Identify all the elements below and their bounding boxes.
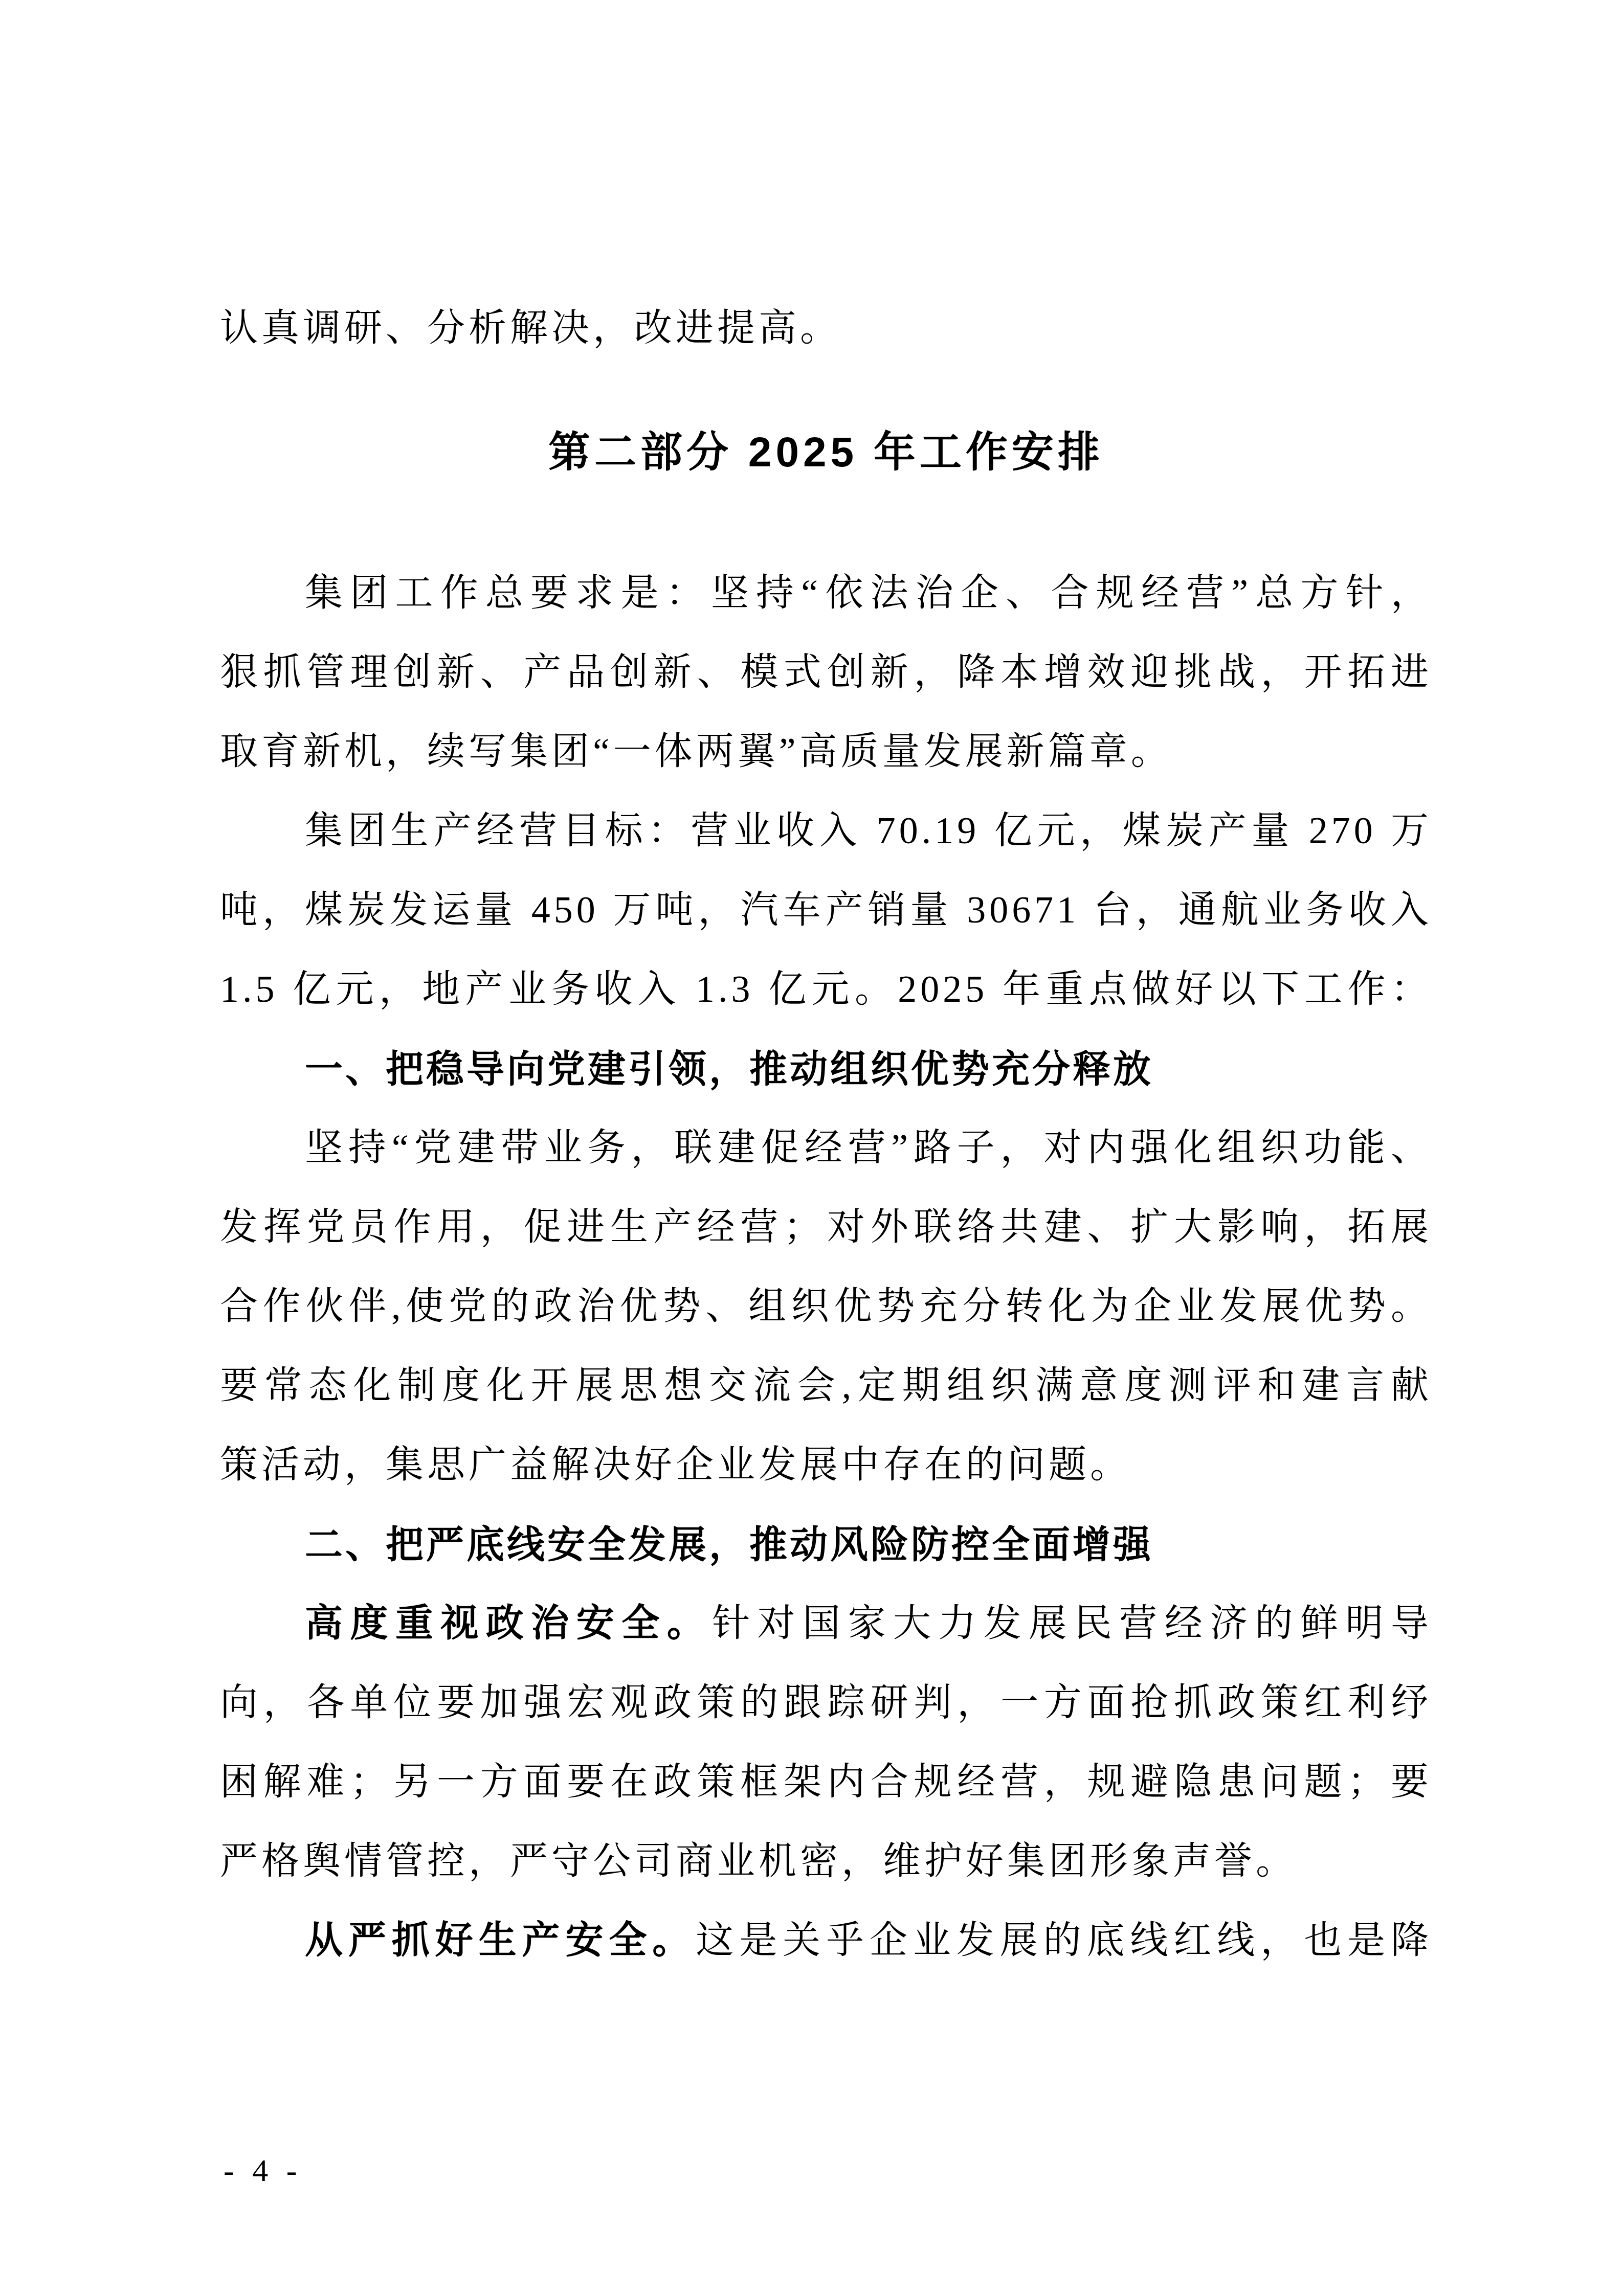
- text-line: 狠抓管理创新、产品创新、模式创新，降本增效迎挑战，开拓进: [220, 633, 1432, 712]
- text-run: 集团工作总要求是：坚持“依法治企、合规经营”总方针，: [305, 572, 1432, 614]
- text-run: 取育新机，续写集团“一体两翼”高质量发展新篇章。: [220, 731, 1172, 773]
- sub-heading-line: 二、把严底线安全发展，推动风险防控全面增强: [220, 1505, 1432, 1584]
- text-run: 狠抓管理创新、产品创新、模式创新，降本增效迎挑战，开拓进: [220, 651, 1432, 693]
- text-run: 认真调研、分析解决，改进提高。: [220, 307, 841, 349]
- sub-heading-line: 一、把稳导向党建引领，推动组织优势充分释放: [220, 1029, 1432, 1109]
- text-run: 集团生产经营目标：营业收入 70.19 亿元，煤炭产量 270 万: [305, 810, 1432, 852]
- bold-text-run: 第二部分 2025 年工作安排: [548, 429, 1104, 476]
- text-line: 合作伙伴,使党的政治优势、组织优势充分转化为企业发展优势。: [220, 1267, 1432, 1346]
- page-number: - 4 -: [224, 2145, 302, 2196]
- bold-text-run: 高度重视政治安全。: [305, 1603, 712, 1645]
- text-line: 困解难；另一方面要在政策框架内合规经营，规避隐患问题；要: [220, 1743, 1432, 1822]
- text-line: 严格舆情管控，严守公司商业机密，维护好集团形象声誉。: [220, 1822, 1432, 1901]
- text-run: 要常态化制度化开展思想交流会,定期组织满意度测评和建言献: [220, 1365, 1432, 1407]
- text-run: 1.5 亿元，地产业务收入 1.3 亿元。2025 年重点做好以下工作：: [220, 969, 1432, 1010]
- text-run: 困解难；另一方面要在政策框架内合规经营，规避隐患问题；要: [220, 1761, 1432, 1803]
- bold-text-run: 一、把稳导向党建引领，推动组织优势充分释放: [305, 1048, 1153, 1090]
- text-run: 这是关乎企业发展的底线红线，也是降: [696, 1920, 1432, 1962]
- text-line: 集团生产经营目标：营业收入 70.19 亿元，煤炭产量 270 万: [220, 792, 1432, 871]
- text-line: 1.5 亿元，地产业务收入 1.3 亿元。2025 年重点做好以下工作：: [220, 950, 1432, 1029]
- text-line: 集团工作总要求是：坚持“依法治企、合规经营”总方针，: [220, 554, 1432, 633]
- text-line: 要常态化制度化开展思想交流会,定期组织满意度测评和建言献: [220, 1346, 1432, 1426]
- text-run: 针对国家大力发展民营经济的鲜明导: [712, 1603, 1432, 1645]
- text-run: 发挥党员作用，促进生产经营；对外联络共建、扩大影响，拓展: [220, 1206, 1432, 1248]
- section-title: 第二部分 2025 年工作安排: [220, 413, 1432, 492]
- text-line: 吨，煤炭发运量 450 万吨，汽车产销量 30671 台，通航业务收入: [220, 871, 1432, 950]
- text-line: 坚持“党建带业务，联建促经营”路子，对内强化组织功能、: [220, 1109, 1432, 1188]
- text-line: 从严抓好生产安全。这是关乎企业发展的底线红线，也是降: [220, 1901, 1432, 1980]
- text-line: 高度重视政治安全。针对国家大力发展民营经济的鲜明导: [220, 1584, 1432, 1663]
- text-run: 严格舆情管控，严守公司商业机密，维护好集团形象声誉。: [220, 1840, 1297, 1882]
- text-run: 坚持“党建带业务，联建促经营”路子，对内强化组织功能、: [305, 1127, 1432, 1169]
- text-run: 策活动，集思广益解决好企业发展中存在的问题。: [220, 1444, 1131, 1486]
- document-body: 认真调研、分析解决，改进提高。第二部分 2025 年工作安排集团工作总要求是：坚…: [220, 289, 1432, 1980]
- text-line: 认真调研、分析解决，改进提高。: [220, 289, 1432, 368]
- bold-text-run: 从严抓好生产安全。: [305, 1920, 696, 1962]
- text-run: 向，各单位要加强宏观政策的跟踪研判，一方面抢抓政策红利纾: [220, 1682, 1432, 1724]
- text-line: 发挥党员作用，促进生产经营；对外联络共建、扩大影响，拓展: [220, 1188, 1432, 1267]
- text-line: 取育新机，续写集团“一体两翼”高质量发展新篇章。: [220, 712, 1432, 792]
- bold-text-run: 二、把严底线安全发展，推动风险防控全面增强: [305, 1523, 1153, 1566]
- text-line: 策活动，集思广益解决好企业发展中存在的问题。: [220, 1426, 1432, 1505]
- text-line: 向，各单位要加强宏观政策的跟踪研判，一方面抢抓政策红利纾: [220, 1663, 1432, 1743]
- text-run: 吨，煤炭发运量 450 万吨，汽车产销量 30671 台，通航业务收入: [220, 889, 1432, 931]
- document-page: 认真调研、分析解决，改进提高。第二部分 2025 年工作安排集团工作总要求是：坚…: [0, 0, 1624, 2296]
- text-run: 合作伙伴,使党的政治优势、组织优势充分转化为企业发展优势。: [220, 1286, 1432, 1327]
